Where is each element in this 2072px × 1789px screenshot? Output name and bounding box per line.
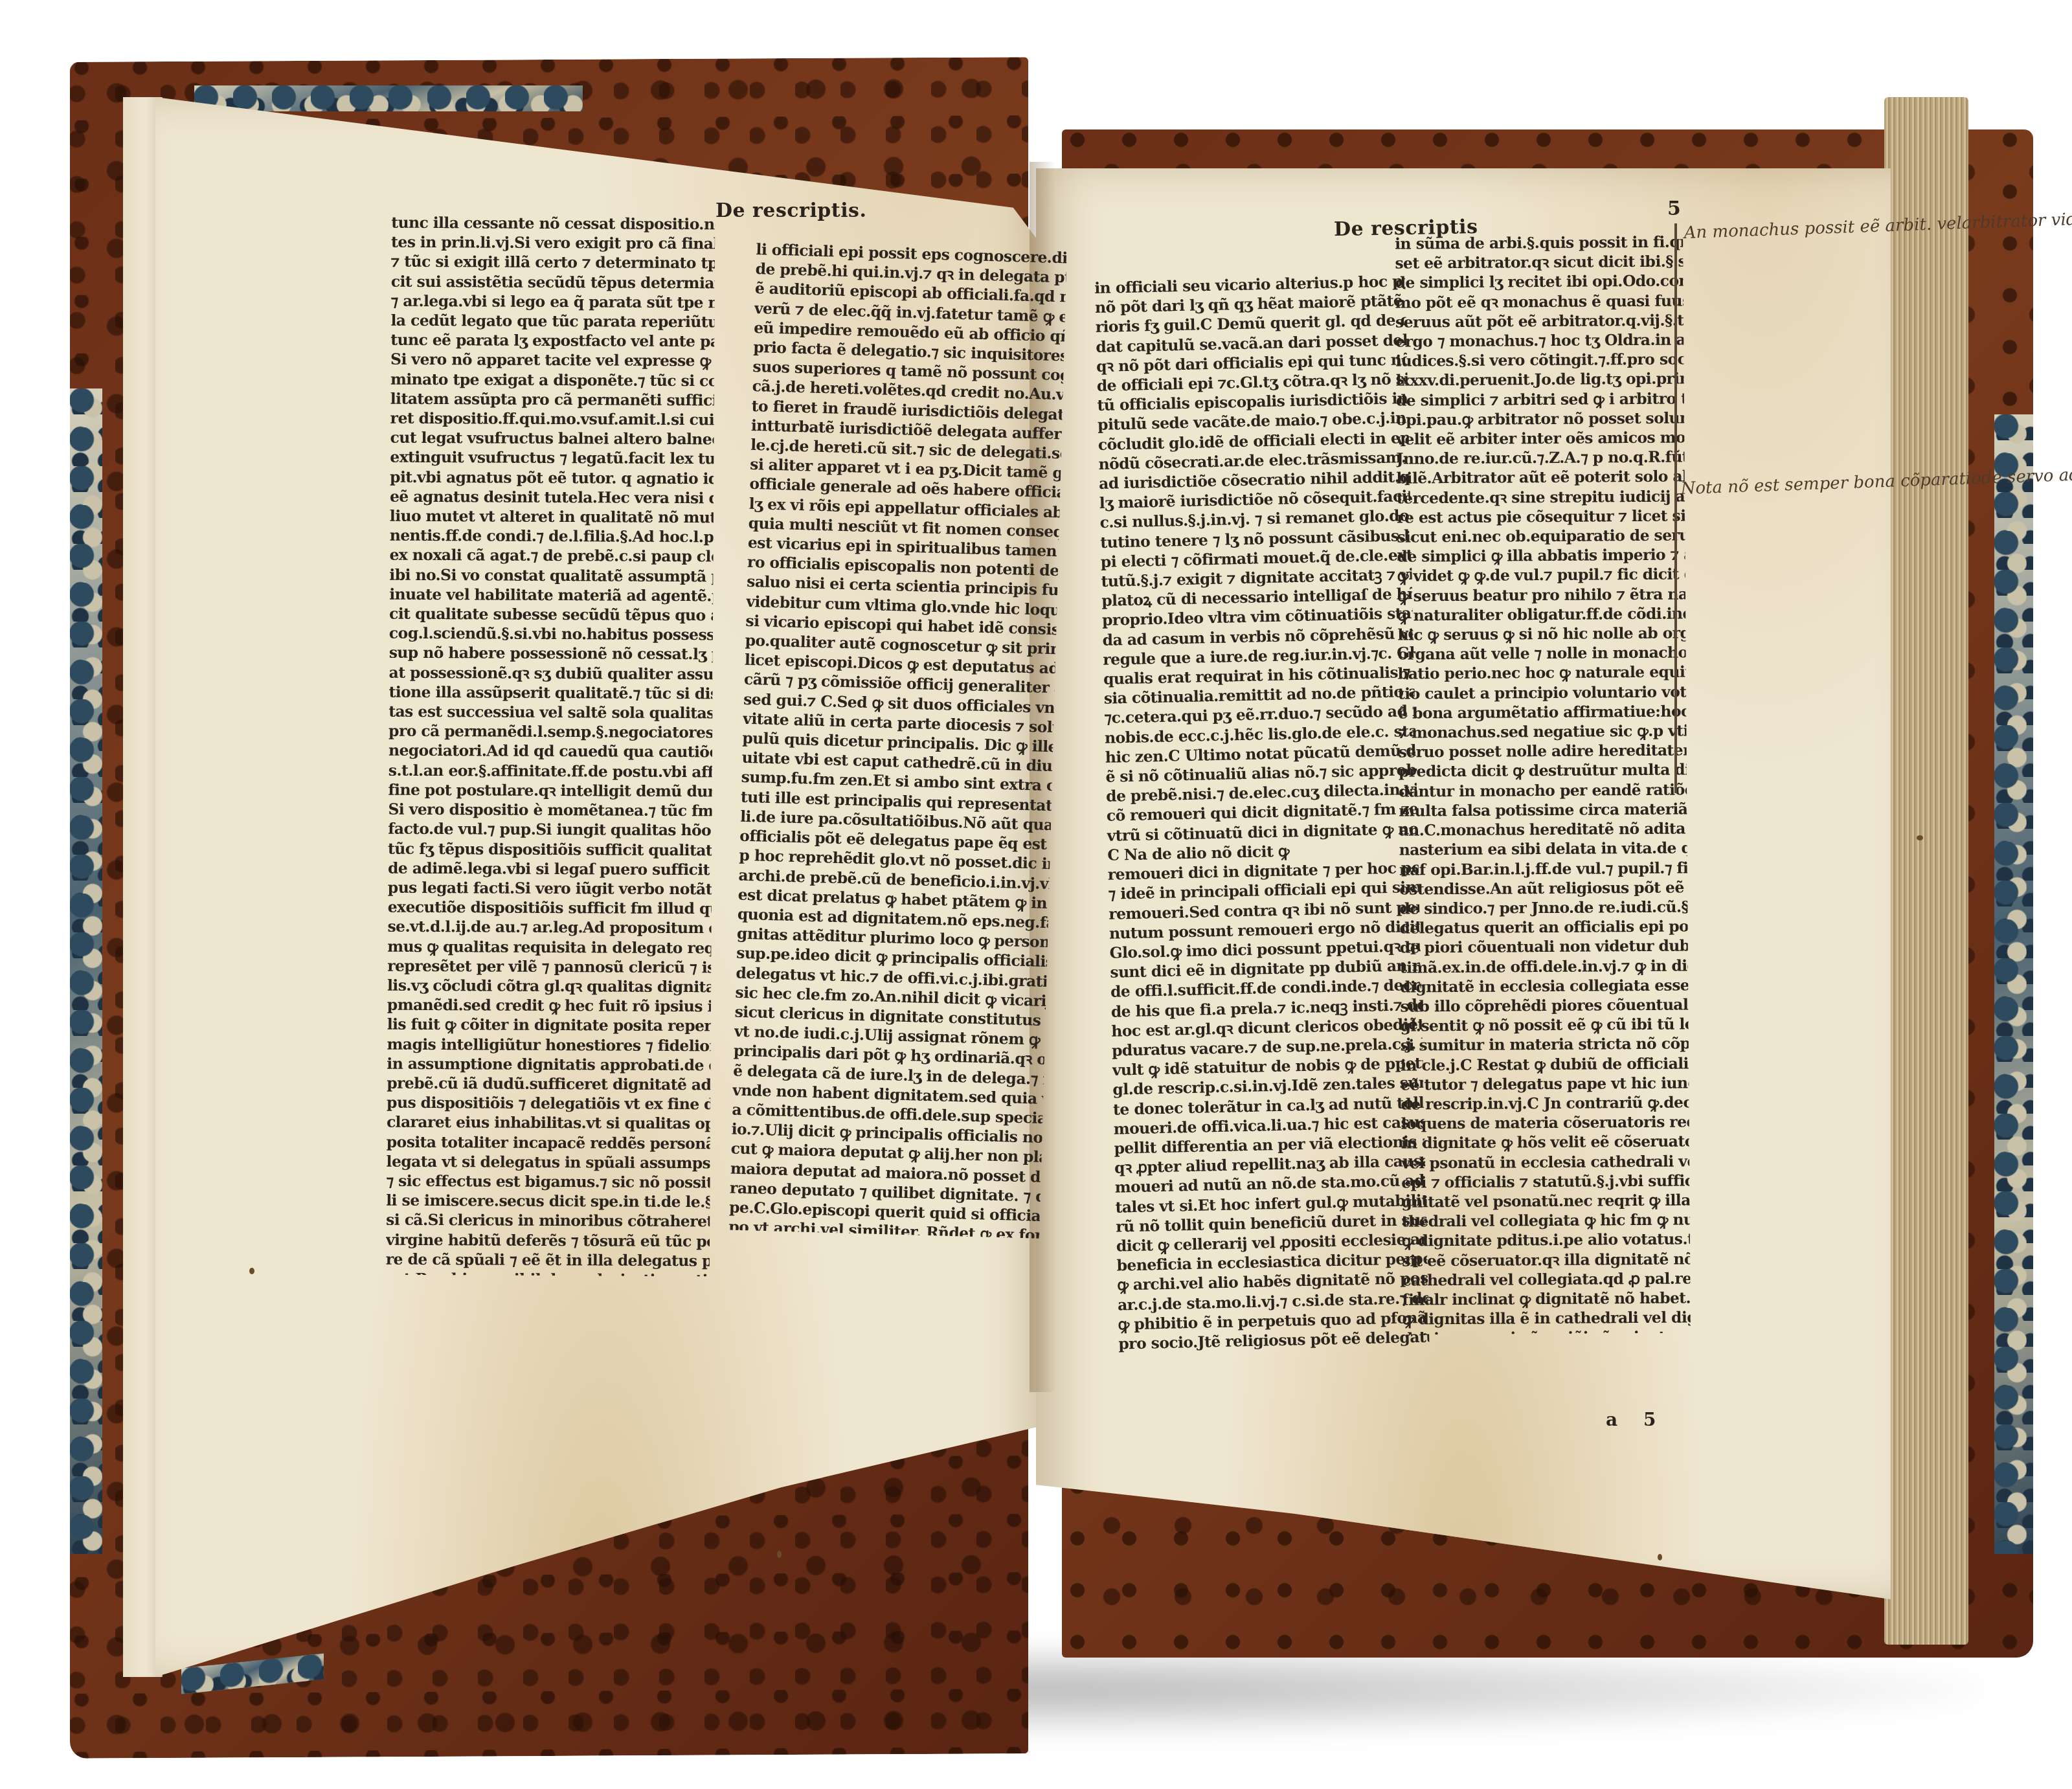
text-line: magis intelligiũtur honestiores ⁊ fideli… <box>387 1034 710 1055</box>
text-line: de simplici ꝙ illa abbatis imperio ⁊ arb… <box>1397 545 1685 567</box>
text-line: facto.de vul.⁊ pup.Si iungit qualitas hõ… <box>388 819 712 840</box>
text-line: se.vt.d.l.ij.de au.⁊ ar.leg.Ad propositu… <box>387 917 711 938</box>
text-line: eẽ agnatus desinit tutela.Hec vera nisi … <box>390 487 714 508</box>
text-line: delegatus querit an officialis epi possi… <box>1399 917 1687 938</box>
text-line: epi ⁊ officialis ⁊ statutũ.§.j.vbi suffi… <box>1401 1171 1689 1192</box>
text-line: ꝙ videt ꝙ ꝙ.de vul.⁊ pupil.⁊ fic dicit d… <box>1397 565 1685 586</box>
manuscript-bracket-line <box>1674 223 1677 793</box>
text-line: pus dispositiõis ⁊ delegatiõis vt ex fin… <box>387 1093 710 1114</box>
text-line: tercedente.qꝛ sine strepitu iudicij ad c… <box>1397 486 1685 508</box>
left-page-column-2: li officiali epi possit eps cognoscere.d… <box>728 240 1067 1239</box>
text-line: predicta dicit ꝙ destruũtur multa dicta … <box>1399 760 1687 782</box>
text-line: gnitatẽ vel psonatũ.nec reqrit ꝙ illa hẽ… <box>1401 1190 1689 1211</box>
text-line: hic ꝙ seruus ꝙ si nõ hic nolle ab organo… <box>1397 624 1685 645</box>
text-line: s.t.l.an eor.§.affinitate.ff.de postu.vb… <box>388 760 712 782</box>
text-line: liuo mutet vt alteret in qualitatẽ nõ mu… <box>390 506 714 528</box>
wormhole-mark <box>249 1268 254 1274</box>
text-line: tũc fʒ tẽpus dispositiõis sufficit quali… <box>388 838 712 860</box>
text-line: si sumitur in materia stricta nõ cõprehe… <box>1401 1034 1689 1055</box>
text-line: de simplici ⁊ arbitri sed ꝙ i arbitro te… <box>1396 388 1684 410</box>
text-line: loquens de materia cõseruatoris requirit… <box>1401 1112 1689 1134</box>
text-line: Si vero nõ apparet tacite vel expresse ꝙ… <box>390 350 714 371</box>
text-line: organa aũt velle ⁊ nolle in monacho fuit… <box>1397 643 1685 664</box>
text-line: Si vero dispositio è momẽtanea.⁊ tũc fm … <box>388 800 712 821</box>
text-line: legata vt si delegatus in spũali assumps… <box>387 1151 710 1173</box>
text-line: fine pot postulare.qꝛ intelligit demũ du… <box>388 780 712 802</box>
left-page-column-1: tunc illa cessante nõ cessat dispositio.… <box>386 213 715 1277</box>
text-line: tunc illa cessante nõ cessat dispositio.… <box>391 213 715 234</box>
text-line: seruo posset nolle adire hereditatem eti… <box>1399 741 1687 762</box>
text-line: in assumptione dignitatis approbati.de e… <box>387 1053 710 1075</box>
text-line: mo põt eẽ qꝛ monachus ẽ quasi fuus.xij.q… <box>1395 291 1683 312</box>
text-line: in dignitate ꝙ hõs velit eẽ cõseruator ꝙ… <box>1401 1132 1689 1153</box>
text-line: nentis.ff.de condi.⁊ de.l.filia.§.Ad hoc… <box>390 526 714 547</box>
text-line: dantur in monacho per eandẽ ratiõẽ.⁊ ser… <box>1399 780 1687 801</box>
text-line: in cle.j.C Restat ꝙ dubiũ de officiali e… <box>1401 1053 1689 1075</box>
text-line: lis.vʒ cõcludi cõtra gl.qꝛ qualitas dign… <box>387 976 711 997</box>
text-line: an.C.monachus hereditatẽ nõ adita trãsmi… <box>1399 819 1687 840</box>
text-line: timã.ex.in.de offi.dele.in.vj.⁊ ꝙ in dig… <box>1400 956 1688 977</box>
text-line: ꝙ dignitate pditus.i.pe alio votatus.tũ … <box>1402 1230 1690 1251</box>
text-line: de rescrip.in.vj.C Jn contrariũ ꝙ.decre.… <box>1401 1092 1689 1114</box>
text-line: iudices.§.si vero cõtingit.⁊.ff.pro soci… <box>1395 350 1683 371</box>
text-line: multa falsa potissime circa materiã.cã.p… <box>1399 799 1687 820</box>
text-line: la cedũt legato que tũc parata reperiũtu… <box>390 311 714 332</box>
text-line: executiõe dispositiõis sufficit fm illud… <box>388 897 712 919</box>
right-page-column-2: in sũma de arbi.§.quis possit in fi.qnim… <box>1395 232 1691 1334</box>
text-line: nasterium ea sibi delata in vita.de que … <box>1399 838 1687 860</box>
marbled-endpaper-left <box>70 388 102 1554</box>
text-line: cit sui assistẽtia secũdũ tẽpus determia… <box>391 271 715 293</box>
text-line: negociatori.Ad id qd cauedũ qua cautiõe … <box>388 741 712 762</box>
text-line: de servo ad monachum <box>1981 462 2072 488</box>
text-line: dignitatẽ in ecclesia collegiata esse po… <box>1400 975 1688 996</box>
text-line: ꝙ dignitas illa ẽ in cathedrali vel dign… <box>1402 1308 1691 1329</box>
text-line: si cã.Si clericus in minoribus cõtrahere… <box>386 1210 710 1232</box>
signature-mark: a 5 <box>1606 1409 1656 1430</box>
text-line: tione illa assũpserit qualitatẽ.⁊ tũc si… <box>388 682 712 704</box>
wormhole-mark <box>1917 835 1923 840</box>
marbled-endpaper-right <box>1994 414 2033 1554</box>
text-line: extinguit vsufructus ⁊ legatũ.facit lex … <box>390 447 714 469</box>
text-line: velit eẽ arbiter inter oẽs amicos monast… <box>1396 427 1684 449</box>
text-line: prebẽ.cũ iã dudũ.sufficeret dignitatẽ ad… <box>387 1074 710 1095</box>
wormhole-mark <box>777 1551 782 1558</box>
text-line: posita totaliter incapacẽ reddẽs personã… <box>387 1132 710 1153</box>
text-line: cut legat vsufructus balnei altero balne… <box>390 428 714 449</box>
text-line: Jnno.de re.iur.cũ.⁊.Z.A.⁊ p no.q.R.fũt l… <box>1396 447 1684 469</box>
text-line: ret dispositio.ff.qui.mo.vsuf.amit.l.si … <box>390 409 714 430</box>
text-line: lis fuit ꝙ cõiter in dignitate posita re… <box>387 1015 711 1036</box>
text-line: de piori cõuentuali non videtur dubiũ ꝙ … <box>1400 936 1688 958</box>
text-line: virgine habitũ deferẽs ⁊ tõsurã eũ tũc p… <box>386 1230 710 1251</box>
text-line: li se imiscere.secus dicit spe.in ti.de … <box>386 1191 710 1212</box>
text-line: cit qualitate subesse secũdũ tẽpus quo a… <box>389 604 713 625</box>
text-line: pit.vbi agnatus põt eẽ tutor. q agnatio … <box>390 467 714 488</box>
text-line: de simplici lʒ recitet ibi opi.Odo.contr… <box>1395 271 1683 293</box>
text-line: ergo ⁊ monachus.⁊ hoc tʒ Oldra.in auc.vt… <box>1395 330 1683 351</box>
text-line: ex noxali cã agat.⁊ de prebẽ.c.si paup c… <box>389 545 713 567</box>
text-line: de sindico.⁊ per Jnno.de re.iudi.cũ.§.J.… <box>1399 897 1687 918</box>
text-line: ibi no.Si vo constat qualitatẽ assumptã … <box>389 565 713 586</box>
text-line: eẽ tutor ⁊ delegatus pape vt hic iuncta … <box>1401 1073 1689 1094</box>
text-line: de adimẽ.lega.vbi si legaſ puero suffici… <box>388 858 712 879</box>
text-line: bilẽ.Arbitrator aũt eẽ poterit solo abba… <box>1397 467 1685 488</box>
right-page-column-1: in officiali seu vicario alterius.p hoc … <box>1094 271 1430 1353</box>
text-line: cog.l.sciendũ.§.si.vbi no.habitus posses… <box>389 624 713 645</box>
text-line: ꝙ seruus beatur pro nihilo ⁊ ẽtra natura… <box>1397 584 1685 605</box>
text-line: tunc eẽ parata lʒ expostfacto vel ante p… <box>390 330 714 352</box>
text-line: sub illo cõprehẽdi piores cõuentuales do… <box>1400 995 1688 1016</box>
text-line: in sũma de arbi.§.quis possit in fi.qnim… <box>1395 232 1683 253</box>
text-line: naf opi.Bar.in.l.j.ff.de vul.⁊ pupil.⁊ f… <box>1399 858 1687 879</box>
text-line: minato tpe exigat a disponẽte.⁊ tũc si c… <box>390 369 714 390</box>
wormhole-mark <box>1658 1554 1662 1560</box>
text-line: clararet eius inhabilitas.vt si qualitas… <box>387 1112 710 1134</box>
text-line: re est actus pie cõsequitur ⁊ licet sic … <box>1397 506 1685 527</box>
text-line: inuate vel habilitate materiã ad agentẽ.… <box>389 585 713 606</box>
text-line: ⁊ sic effectus est bigamus.⁊ sic nõ poss… <box>386 1171 710 1193</box>
fore-edge-page-block <box>1884 97 1968 1645</box>
text-line: re de cã spũali ⁊ eẽ ẽt in illa delegatu… <box>386 1249 710 1270</box>
text-line: pus legati facti.Si vero iũgit verbo not… <box>388 878 712 899</box>
marbled-endpaper-top <box>194 85 583 111</box>
text-line: tas est successiua vel saltẽ sola qualit… <box>388 702 712 723</box>
text-line: gl.sentit ꝙ nõ possit eẽ ꝙ cũ ibi tũ loq… <box>1401 1015 1689 1036</box>
text-line: sit eẽ cõseruator.qꝛ illa dignitatẽ nõ ẽ… <box>1402 1249 1690 1270</box>
text-line: cathedrali vel collegiata.qd ꝓ pal.reqri… <box>1402 1268 1690 1290</box>
text-line: ⁊ monachus.sed negatiue sic ꝙ.p vtiliter… <box>1398 721 1686 743</box>
text-line: represẽtet per vilẽ ⁊ pannosũ clericũ ⁊ … <box>387 956 711 977</box>
text-line: tes in prin.li.vj.Si vero exigit pro cã … <box>391 232 715 254</box>
text-line: mus ꝙ qualitas requisita in delegato req… <box>387 936 711 958</box>
text-line: ⁊ ar.lega.vbi si lego ea q̃ parata sũt t… <box>391 291 715 313</box>
text-line: pro cã permanẽdi.l.semp.§.negociatores.p… <box>388 721 712 743</box>
text-line: pmanẽdi.sed credit ꝙ hec fuit rõ ipsius … <box>387 995 711 1017</box>
text-line: vel psonatũ in ecclesia cathedrali vel c… <box>1401 1151 1689 1173</box>
text-line: at possessionẽ.qꝛ sʒ dubiũ qualiter assu… <box>389 662 713 684</box>
text-line: ꝙ naturaliter obligatur.ff.de cõdi.inde.… <box>1397 603 1685 625</box>
text-line: sup nõ habere possessionẽ nõ cessat.lʒ p… <box>389 643 713 664</box>
text-line: thedrali vel collegiata ꝙ hic fm ꝙ nulla… <box>1402 1210 1690 1232</box>
text-line: batio perio.nec hoc ꝙ naturale equitatẽ … <box>1398 662 1686 684</box>
folio-number: 5 <box>1667 197 1681 220</box>
text-line: lxxxv.di.peruenit.Jo.de lig.tʒ opi.primã… <box>1396 369 1684 390</box>
text-line: seruus aũt põt eẽ arbitrator.q.vij.§.tri… <box>1395 310 1683 332</box>
left-running-head: De rescriptis. <box>715 199 866 222</box>
text-line: ẽ bona argumẽtatio affirmatiue:hoc põt s… <box>1398 701 1686 723</box>
text-line: set eẽ arbitrator.qꝛ sicut dicit ibi.§.s… <box>1395 252 1683 273</box>
text-line: tio caulet a principio voluntario voti.p… <box>1398 682 1686 703</box>
text-line: ⁊ tũc si exigit illã certo ⁊ determinato… <box>391 252 715 273</box>
text-line: finalr inclinat ꝙ dignitatẽ nõ habet.qꝛ … <box>1402 1288 1690 1309</box>
text-line: opi.pau.ꝙ arbitrator nõ posset solum ꝙ <box>1396 408 1684 429</box>
text-line: ostendisse.An aũt religiosus põt eẽ proc… <box>1399 877 1687 899</box>
text-line: sicut eni.nec ob.equiparatio de seruo ad… <box>1397 526 1685 547</box>
text-line: litatem assũpta pro cã permanẽti suffici… <box>390 389 714 411</box>
